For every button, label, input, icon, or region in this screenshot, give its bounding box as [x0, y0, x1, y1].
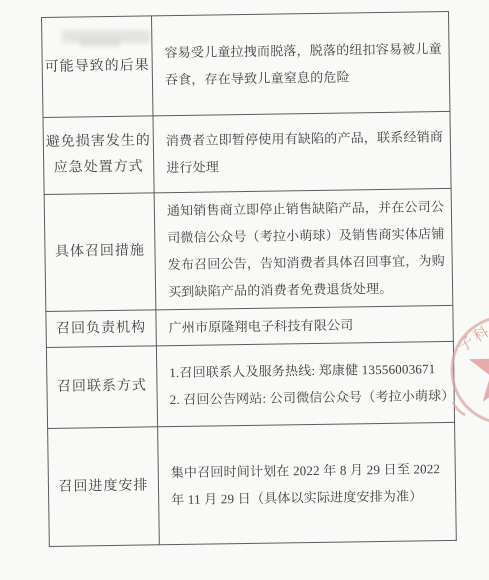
row-label-recall-schedule: 召回进度安排: [48, 427, 160, 547]
recall-info-table: 可能导致的后果 容易受儿童拉拽而脱落，脱落的纽扣容易被儿童吞食，存在导致儿童窒息…: [41, 11, 457, 547]
row-content-recall-schedule: 集中召回时间计划在 2022 年 8 月 29 日至 2022 年 11 月 2…: [158, 422, 457, 544]
row-label-contact-info: 召回联系方式: [46, 346, 157, 429]
seal-ring: [452, 317, 489, 423]
table-row: 召回负责机构 广州市原隆翔电子科技有限公司: [46, 305, 453, 347]
row-content-emergency-measures: 消费者立即暂停使用有缺陷的产品，联系经销商进行处理: [153, 111, 451, 192]
row-content-recall-measures: 通知销售商立即停止销售缺陷产品，并在公司公司微信公众号（考拉小萌球）及销售商实体…: [154, 188, 453, 309]
row-content-possible-consequences: 容易受儿童拉拽而脱落，脱落的纽扣容易被儿童吞食，存在导致儿童窒息的危险: [151, 11, 449, 115]
ink-bleedthrough-artifact: [62, 30, 150, 43]
row-label-recall-measures: 具体召回措施: [44, 193, 156, 312]
recall-table-sheet: 可能导致的后果 容易受儿童拉拽而脱落，脱落的纽扣容易被儿童吞食，存在导致儿童窒息…: [41, 11, 457, 547]
scanned-document-page: 可能导致的后果 容易受儿童拉拽而脱落，脱落的纽扣容易被儿童吞食，存在导致儿童窒息…: [0, 0, 489, 580]
seal-star-icon: [469, 333, 489, 402]
table-row: 召回进度安排 集中召回时间计划在 2022 年 8 月 29 日至 2022 年…: [48, 422, 457, 546]
seal-text-fragment: 子科: [455, 322, 489, 356]
row-label-emergency-measures: 避免损害发生的 应急处置方式: [43, 116, 154, 195]
table-row: 避免损害发生的 应急处置方式 消费者立即暂停使用有缺陷的产品，联系经销商进行处理: [43, 111, 451, 194]
row-content-contact-info: 1.召回联系人及服务热线: 郑康健 13556003671 2. 召回公告网站:…: [156, 341, 454, 426]
table-row: 具体召回措施 通知销售商立即停止销售缺陷产品，并在公司公司微信公众号（考拉小萌球…: [44, 188, 453, 311]
table-row: 召回联系方式 1.召回联系人及服务热线: 郑康健 13556003671 2. …: [46, 341, 454, 428]
row-label-responsible-organization: 召回负责机构: [46, 310, 157, 348]
table-row: 可能导致的后果 容易受儿童拉拽而脱落，脱落的纽扣容易被儿童吞食，存在导致儿童窒息…: [42, 11, 450, 117]
row-content-responsible-organization: 广州市原隆翔电子科技有限公司: [156, 305, 454, 345]
